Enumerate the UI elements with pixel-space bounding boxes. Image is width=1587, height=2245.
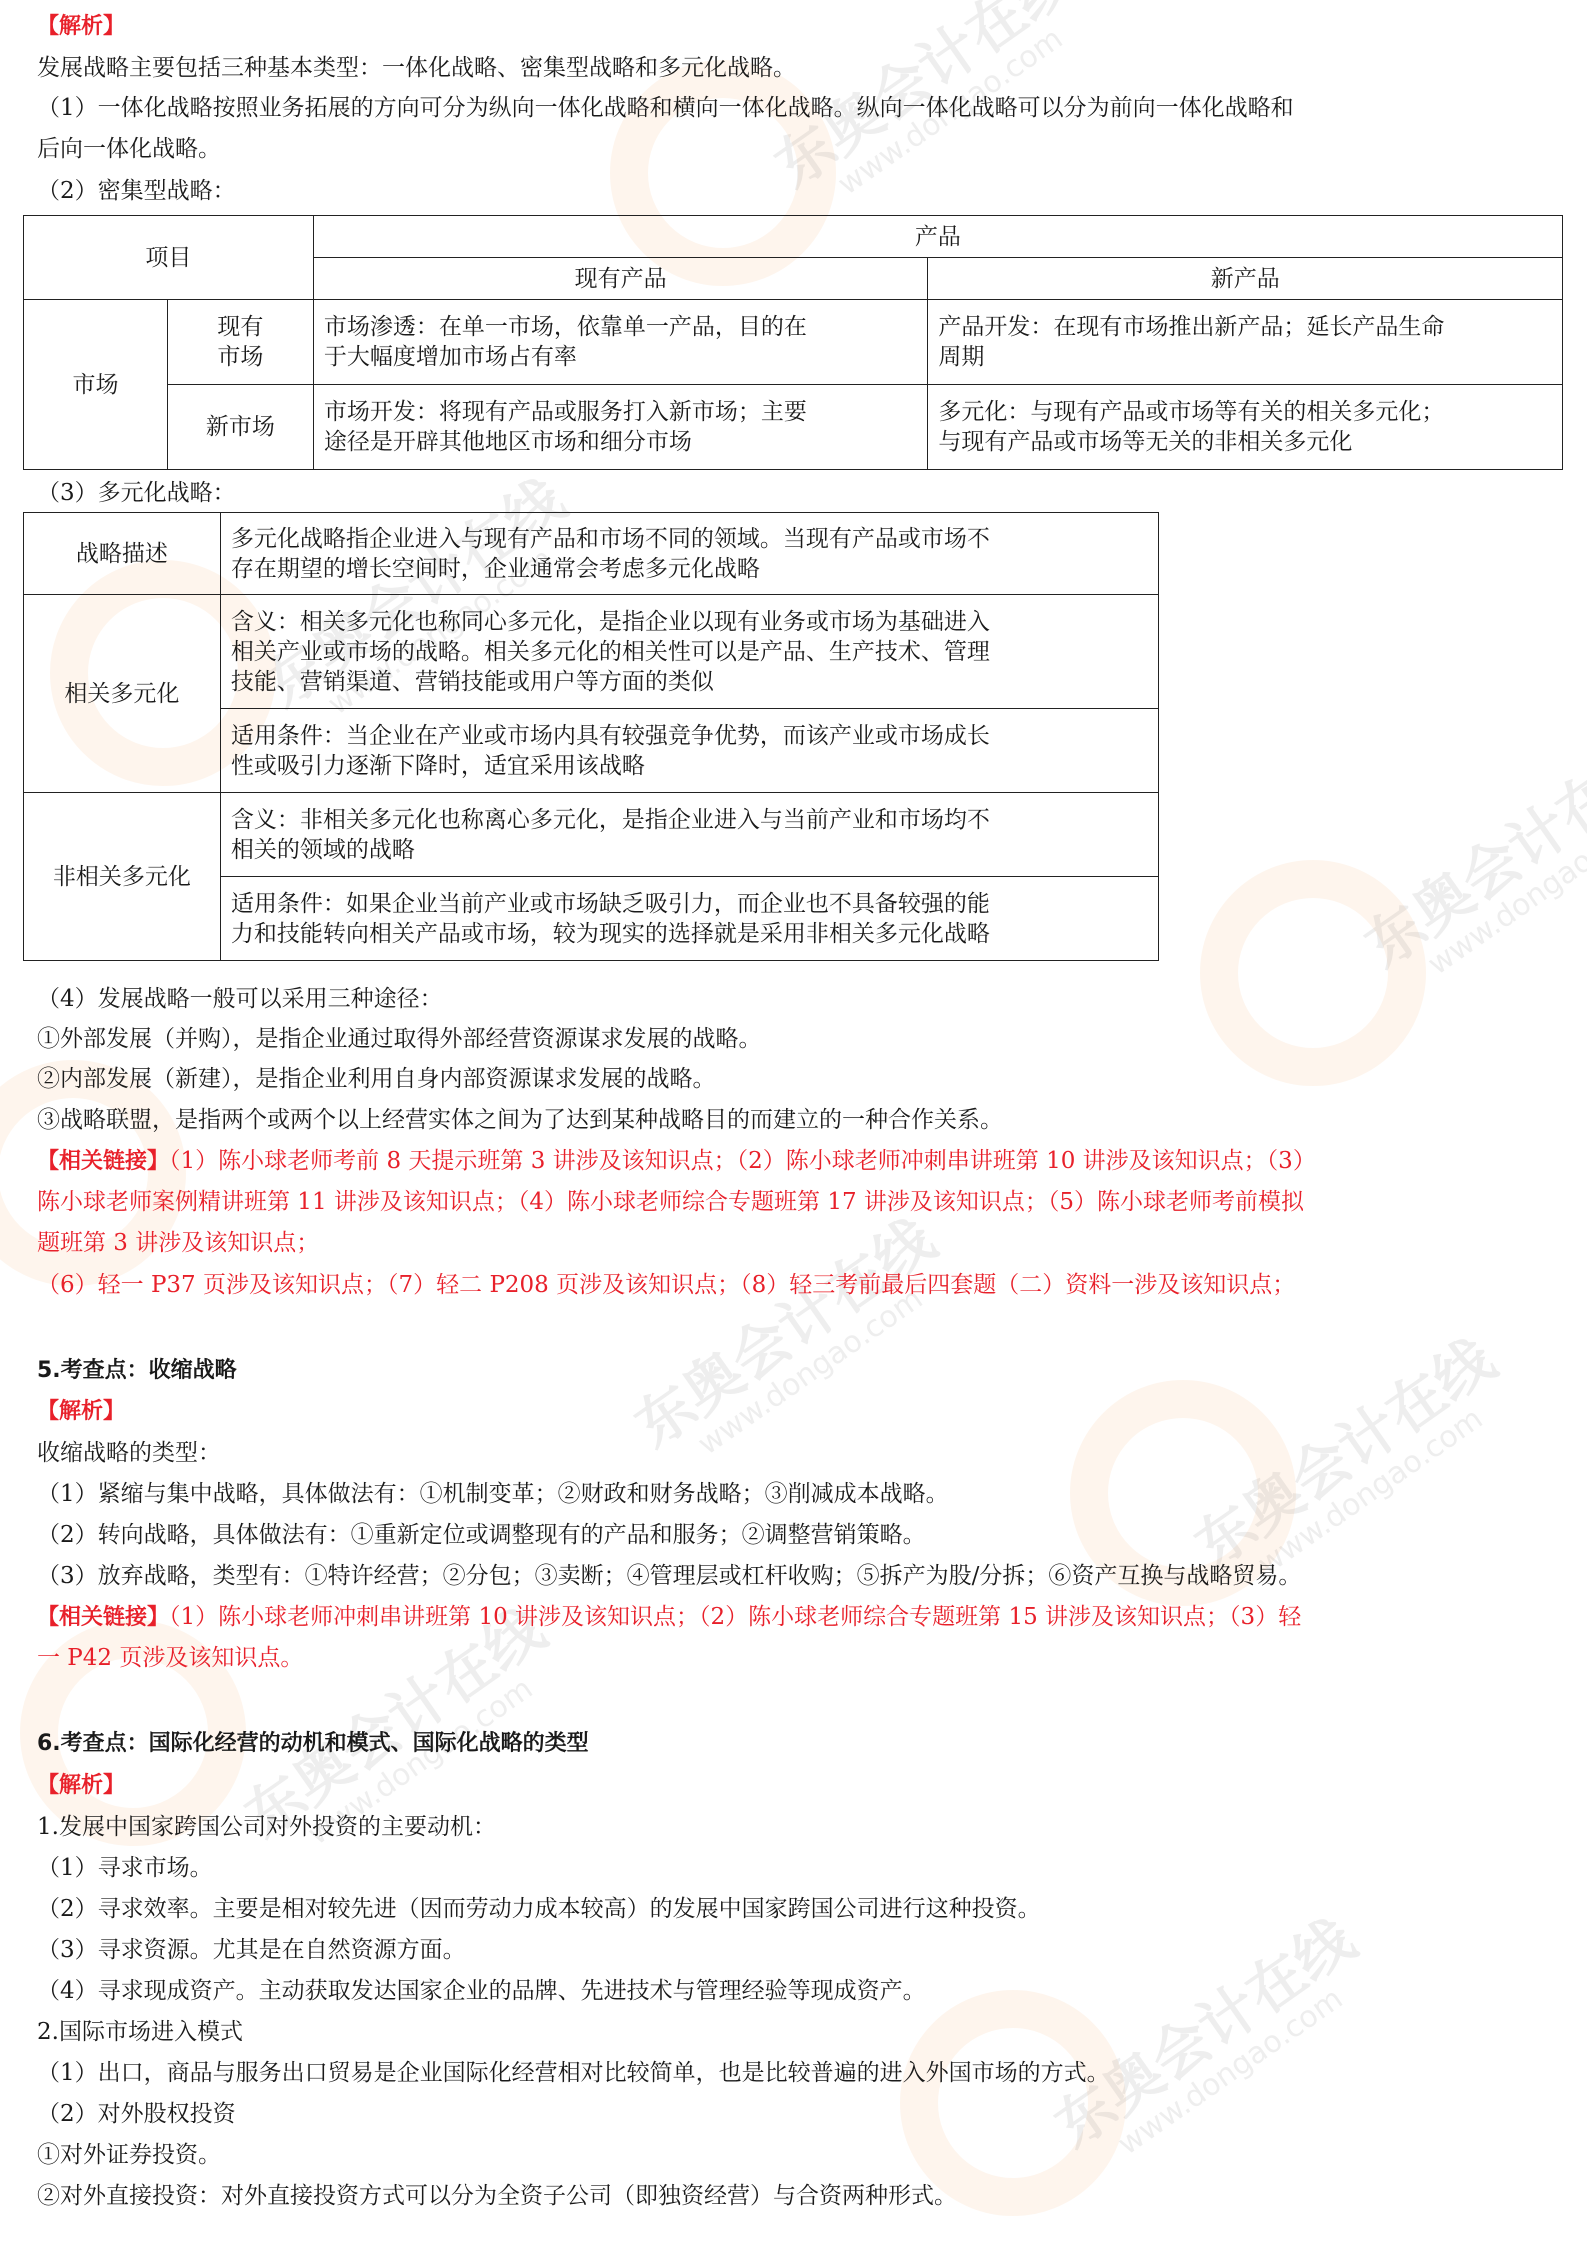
intensive-strategy-table: 项目 产品 现有产品 新产品 市场 现有 市场 市场渗透：在单一市场，依靠单一产… [23,215,1563,470]
routes-title: （4）发展战略一般可以采用三种途径： [37,984,443,1014]
header-product: 产品 [313,216,1562,258]
cell-product-development: 产品开发：在现有市场推出新产品；延长产品生命 周期 [928,300,1563,385]
related-links-text: （1）陈小球老师考前 8 天提示班第 3 讲涉及该知识点；（2）陈小球老师冲刺串… [169,1148,1316,1174]
route-item: ①外部发展（并购），是指企业通过取得外部经营资源谋求发展的战略。 [37,1024,762,1054]
analysis-tag: 【解析】 [37,1771,125,1801]
section-title: 5.考查点：收缩战略 [37,1356,237,1386]
watermark-logo-icon [1200,860,1426,1086]
header-item: 项目 [24,216,314,300]
intensive-strategy-title: （2）密集型战略： [37,176,236,206]
motives-title: 1.发展中国家跨国公司对外投资的主要动机： [37,1812,496,1842]
related-links-text: （1）陈小球老师冲刺串讲班第 10 讲涉及该知识点；（2）陈小球老师综合专题班第… [169,1604,1301,1630]
analysis-tag: 【解析】 [37,1397,125,1427]
paragraph-integration-line1: （1）一体化战略按照业务拓展的方向可分为纵向一体化战略和横向一体化战略。纵向一体… [37,93,1294,123]
entry-mode-item: （1）出口，商品与服务出口贸易是企业国际化经营相对比较简单，也是比较普遍的进入外… [37,2058,1110,2088]
related-links-line: 陈小球老师案例精讲班第 11 讲涉及该知识点；（4）陈小球老师综合专题班第 17… [37,1187,1304,1217]
related-links-tag: 【相关链接】 [37,1605,169,1630]
entry-modes-title: 2.国际市场进入模式 [37,2017,243,2047]
contraction-intro: 收缩战略的类型： [37,1438,221,1468]
related-links: 【相关链接】（1）陈小球老师冲刺串讲班第 10 讲涉及该知识点；（2）陈小球老师… [37,1602,1301,1633]
analysis-tag: 【解析】 [37,12,125,42]
watermark-text: 东奥会计在线www.dongao.com [1355,729,1587,1004]
cell-market-penetration: 市场渗透：在单一市场，依靠单一产品，目的在 于大幅度增加市场占有率 [313,300,928,385]
motive-item: （1）寻求市场。 [37,1853,213,1883]
section-title: 6.考查点：国际化经营的动机和模式、国际化战略的类型 [37,1729,589,1759]
related-links-line: 题班第 3 讲涉及该知识点； [37,1228,319,1258]
cell-related-condition: 适用条件：当企业在产业或市场内具有较强竞争优势，而该产业或市场成长 性或吸引力逐… [220,709,1158,793]
cell-strategy-description: 多元化战略指企业进入与现有产品和市场不同的领域。当现有产品或市场不 存在期望的增… [220,513,1158,595]
contraction-item: （2）转向战略，具体做法有：①重新定位或调整现有的产品和服务；②调整营销策略。 [37,1520,926,1550]
header-new-product: 新产品 [928,258,1563,300]
watermark-text: 东奥会计在线www.dongao.com [625,1209,963,1484]
route-item: ③战略联盟，是指两个或两个以上经营实体之间为了达到某种战略目的而建立的一种合作关… [37,1105,1003,1135]
motive-item: （4）寻求现成资产。主动获取发达国家企业的品牌、先进技术与管理经验等现成资产。 [37,1976,926,2006]
related-links: 【相关链接】（1）陈小球老师考前 8 天提示班第 3 讲涉及该知识点；（2）陈小… [37,1146,1316,1177]
cell-related-meaning: 含义：相关多元化也称同心多元化，是指企业以现有业务或市场为基础进入 相关产业或市… [220,595,1158,709]
contraction-item: （3）放弃战略，类型有：①特许经营；②分包；③卖断；④管理层或杠杆收购；⑤拆产为… [37,1561,1301,1591]
intro-text: 发展战略主要包括三种基本类型：一体化战略、密集型战略和多元化战略。 [37,53,796,83]
related-links-line: （6）轻一 P37 页涉及该知识点；（7）轻二 P208 页涉及该知识点；（8）… [37,1270,1295,1300]
entry-mode-item: ①对外证券投资。 [37,2140,221,2170]
row-new-market: 新市场 [167,385,313,470]
row-group-market: 市场 [24,300,168,470]
header-existing-product: 现有产品 [313,258,928,300]
cell-diversification: 多元化：与现有产品或市场等有关的相关多元化； 与现有产品或市场等无关的非相关多元… [928,385,1563,470]
row-label-strategy-description: 战略描述 [24,513,221,595]
row-label-related-diversification: 相关多元化 [24,595,221,793]
watermark-text: 东奥会计在线www.dongao.com [1045,1909,1383,2184]
diversification-title: （3）多元化战略： [37,478,236,508]
motive-item: （3）寻求资源。尤其是在自然资源方面。 [37,1935,466,1965]
cell-market-development: 市场开发：将现有产品或服务打入新市场；主要 途径是开辟其他地区市场和细分市场 [313,385,928,470]
cell-unrelated-condition: 适用条件：如果企业当前产业或市场缺乏吸引力，而企业也不具备较强的能 力和技能转向… [220,877,1158,961]
row-existing-market: 现有 市场 [167,300,313,385]
entry-mode-item: ②对外直接投资：对外直接投资方式可以分为全资子公司（即独资经营）与合资两种形式。 [37,2181,957,2211]
cell-unrelated-meaning: 含义：非相关多元化也称离心多元化，是指企业进入与当前产业和市场均不 相关的领域的… [220,793,1158,877]
contraction-item: （1）紧缩与集中战略，具体做法有：①机制变革；②财政和财务战略；③削减成本战略。 [37,1479,949,1509]
related-links-tag: 【相关链接】 [37,1149,169,1174]
motive-item: （2）寻求效率。主要是相对较先进（因而劳动力成本较高）的发展中国家跨国公司进行这… [37,1894,1041,1924]
diversification-table: 战略描述 多元化战略指企业进入与现有产品和市场不同的领域。当现有产品或市场不 存… [23,512,1159,961]
paragraph-integration-line2: 后向一体化战略。 [37,134,221,164]
row-label-unrelated-diversification: 非相关多元化 [24,793,221,961]
route-item: ②内部发展（新建），是指企业利用自身内部资源谋求发展的战略。 [37,1064,716,1094]
related-links-line: 一 P42 页涉及该知识点。 [37,1643,303,1673]
entry-mode-item: （2）对外股权投资 [37,2099,236,2129]
